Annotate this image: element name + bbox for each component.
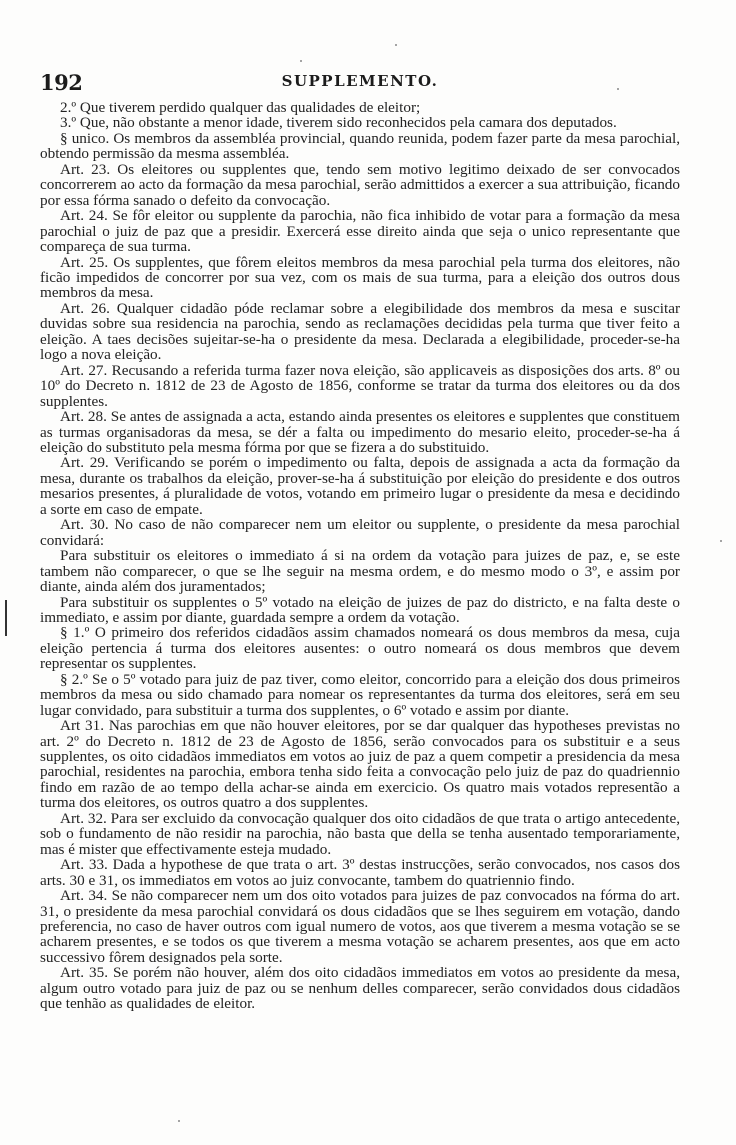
paragraph-art-35: Art. 35. Se porém não houver, além dos o…	[40, 965, 680, 1011]
paragraph-3-item: 3.º Que, não obstante a menor idade, tiv…	[40, 115, 680, 130]
paragraph-art-34: Art. 34. Se não comparecer nem um dos oi…	[40, 888, 680, 965]
paragraph-unico: § unico. Os membros da assembléa provinc…	[40, 131, 680, 162]
paragraph-art-25: Art. 25. Os supplentes, que fôrem eleito…	[40, 255, 680, 301]
paragraph-art-24: Art. 24. Se fôr eleitor ou supplente da …	[40, 208, 680, 254]
paragraph-art-31: Art 31. Nas parochias em que não houver …	[40, 718, 680, 811]
margin-mark	[5, 600, 7, 636]
paragraph-art-33: Art. 33. Dada a hypothese de que trata o…	[40, 857, 680, 888]
paragraph-section-2: § 2.º Se o 5º votado para juiz de paz ti…	[40, 672, 680, 718]
paragraph-art-32: Art. 32. Para ser excluido da convocação…	[40, 811, 680, 857]
page-header: 192 SUPPLEMENTO.	[40, 70, 680, 94]
book-page: 192 SUPPLEMENTO. 2.º Que tiverem perdido…	[0, 0, 736, 1145]
paragraph-art-28: Art. 28. Se antes de assignada a acta, e…	[40, 409, 680, 455]
paper-speck	[617, 88, 619, 90]
paper-speck	[300, 60, 302, 62]
paragraph-art-26: Art. 26. Qualquer cidadão póde reclamar …	[40, 301, 680, 363]
paragraph-section-1: § 1.º O primeiro dos referidos cidadãos …	[40, 625, 680, 671]
paper-speck	[395, 44, 397, 46]
paper-speck	[720, 540, 722, 542]
paper-speck	[178, 1120, 180, 1122]
body-text: 2.º Que tiverem perdido qualquer das qua…	[40, 100, 680, 1012]
paragraph-art-27: Art. 27. Recusando a referida turma faze…	[40, 363, 680, 409]
paragraph-substituir-eleitores: Para substituir os eleitores o immediato…	[40, 548, 680, 594]
paragraph-substituir-supplentes: Para substituir os supplentes o 5º votad…	[40, 595, 680, 626]
paragraph-art-30: Art. 30. No caso de não comparecer nem u…	[40, 517, 680, 548]
paragraph-art-23: Art. 23. Os eleitores ou supplentes que,…	[40, 162, 680, 208]
running-title: SUPPLEMENTO.	[40, 72, 680, 90]
paragraph-art-29: Art. 29. Verificando se porém o impedime…	[40, 455, 680, 517]
paragraph-2-item: 2.º Que tiverem perdido qualquer das qua…	[40, 100, 680, 115]
